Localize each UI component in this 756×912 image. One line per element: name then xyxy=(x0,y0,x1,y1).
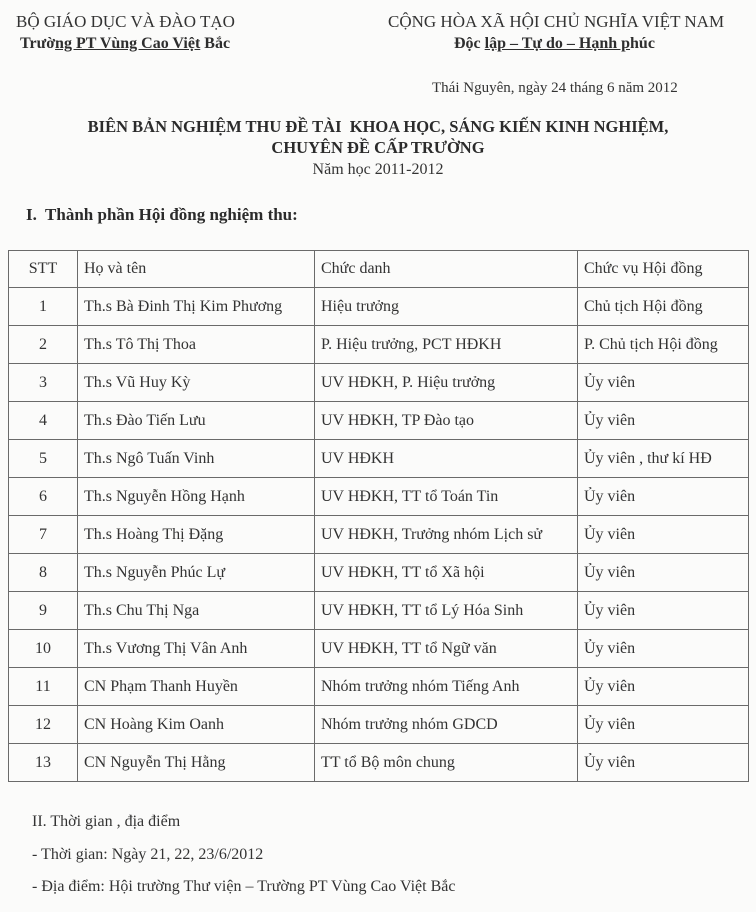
cell-name: Th.s Tô Thị Thoa xyxy=(78,326,315,364)
cell-position: UV HĐKH, TT tổ Toán Tin xyxy=(315,478,578,516)
cell-council-role: Ủy viên xyxy=(578,402,749,440)
school-name-suffix: Bắc xyxy=(200,35,230,52)
cell-council-role: Chủ tịch Hội đồng xyxy=(578,288,749,326)
school-name-prefix: Trườ xyxy=(20,35,55,52)
cell-name: CN Hoàng Kim Oanh xyxy=(78,706,315,744)
cell-position: Nhóm trưởng nhóm GDCD xyxy=(315,706,578,744)
table-row: 3Th.s Vũ Huy KỳUV HĐKH, P. Hiệu trưởngỦy… xyxy=(9,364,749,402)
table-header-row: STT Họ và tên Chức danh Chức vụ Hội đồng xyxy=(9,251,749,288)
motto-underlined: lập – Tự do – Hạnh p xyxy=(485,35,630,52)
table-row: 9Th.s Chu Thị NgaUV HĐKH, TT tổ Lý Hóa S… xyxy=(9,592,749,630)
cell-name: CN Nguyễn Thị Hằng xyxy=(78,744,315,782)
cell-position: TT tổ Bộ môn chung xyxy=(315,744,578,782)
cell-stt: 6 xyxy=(9,478,78,516)
cell-stt: 13 xyxy=(9,744,78,782)
national-title: CỘNG HÒA XÃ HỘI CHỦ NGHĨA VIỆT NAM xyxy=(388,12,756,32)
cell-stt: 11 xyxy=(9,668,78,706)
section-1-heading: I. Thành phần Hội đồng nghiệm thu: xyxy=(26,204,298,226)
cell-position: UV HĐKH, TT tổ Xã hội xyxy=(315,554,578,592)
document-title-line2: CHUYÊN ĐỀ CẤP TRƯỜNG xyxy=(0,137,756,158)
table-row: 5Th.s Ngô Tuấn VinhUV HĐKHỦy viên , thư … xyxy=(9,440,749,478)
cell-council-role: P. Chủ tịch Hội đồng xyxy=(578,326,749,364)
cell-stt: 4 xyxy=(9,402,78,440)
column-header-position: Chức danh xyxy=(315,251,578,288)
table-row: 10Th.s Vương Thị Vân AnhUV HĐKH, TT tổ N… xyxy=(9,630,749,668)
cell-council-role: Ủy viên xyxy=(578,478,749,516)
school-year: Năm học 2011-2012 xyxy=(0,160,756,180)
column-header-name: Họ và tên xyxy=(78,251,315,288)
cell-council-role: Ủy viên xyxy=(578,668,749,706)
council-members-table: STT Họ và tên Chức danh Chức vụ Hội đồng… xyxy=(8,250,749,782)
table-row: 8Th.s Nguyễn Phúc LựUV HĐKH, TT tổ Xã hộ… xyxy=(9,554,749,592)
cell-stt: 12 xyxy=(9,706,78,744)
cell-stt: 7 xyxy=(9,516,78,554)
motto-suffix: húc xyxy=(630,35,655,52)
table-row: 7Th.s Hoàng Thị ĐặngUV HĐKH, Trưởng nhóm… xyxy=(9,516,749,554)
cell-council-role: Ủy viên xyxy=(578,554,749,592)
cell-name: Th.s Nguyễn Phúc Lự xyxy=(78,554,315,592)
cell-position: Nhóm trưởng nhóm Tiếng Anh xyxy=(315,668,578,706)
column-header-stt: STT xyxy=(9,251,78,288)
cell-position: UV HĐKH, Trưởng nhóm Lịch sử xyxy=(315,516,578,554)
meeting-place: - Địa điểm: Hội trường Thư viện – Trường… xyxy=(32,877,455,897)
cell-name: CN Phạm Thanh Huyền xyxy=(78,668,315,706)
cell-council-role: Ủy viên xyxy=(578,364,749,402)
table-row: 13CN Nguyễn Thị HằngTT tổ Bộ môn chungỦy… xyxy=(9,744,749,782)
cell-position: Hiệu trưởng xyxy=(315,288,578,326)
cell-name: Th.s Ngô Tuấn Vinh xyxy=(78,440,315,478)
section-2-heading: II. Thời gian , địa điểm xyxy=(32,812,180,832)
national-motto: Độc lập – Tự do – Hạnh phúc xyxy=(454,34,694,54)
cell-stt: 3 xyxy=(9,364,78,402)
place-date: Thái Nguyên, ngày 24 tháng 6 năm 2012 xyxy=(432,78,752,98)
column-header-council-role: Chức vụ Hội đồng xyxy=(578,251,749,288)
meeting-time: - Thời gian: Ngày 21, 22, 23/6/2012 xyxy=(32,845,263,865)
document-title: BIÊN BẢN NGHIỆM THU ĐỀ TÀI KHOA HỌC, SÁN… xyxy=(0,116,756,158)
cell-council-role: Ủy viên xyxy=(578,630,749,668)
cell-name: Th.s Bà Đinh Thị Kim Phương xyxy=(78,288,315,326)
cell-council-role: Ủy viên xyxy=(578,516,749,554)
school-name-underlined: ng PT Vùng Cao Việt xyxy=(55,35,200,52)
cell-position: UV HĐKH, P. Hiệu trưởng xyxy=(315,364,578,402)
cell-name: Th.s Hoàng Thị Đặng xyxy=(78,516,315,554)
cell-name: Th.s Vũ Huy Kỳ xyxy=(78,364,315,402)
cell-council-role: Ủy viên xyxy=(578,592,749,630)
cell-stt: 8 xyxy=(9,554,78,592)
ministry-name: BỘ GIÁO DỤC VÀ ĐÀO TẠO xyxy=(16,12,256,32)
cell-name: Th.s Vương Thị Vân Anh xyxy=(78,630,315,668)
cell-name: Th.s Chu Thị Nga xyxy=(78,592,315,630)
cell-position: UV HĐKH, TT tổ Lý Hóa Sinh xyxy=(315,592,578,630)
cell-position: UV HĐKH, TT tổ Ngữ văn xyxy=(315,630,578,668)
table-row: 6Th.s Nguyễn Hồng HạnhUV HĐKH, TT tổ Toá… xyxy=(9,478,749,516)
cell-stt: 1 xyxy=(9,288,78,326)
cell-position: UV HĐKH, TP Đào tạo xyxy=(315,402,578,440)
cell-position: UV HĐKH xyxy=(315,440,578,478)
cell-name: Th.s Nguyễn Hồng Hạnh xyxy=(78,478,315,516)
cell-position: P. Hiệu trưởng, PCT HĐKH xyxy=(315,326,578,364)
cell-stt: 2 xyxy=(9,326,78,364)
cell-council-role: Ủy viên , thư kí HĐ xyxy=(578,440,749,478)
cell-council-role: Ủy viên xyxy=(578,744,749,782)
table-row: 4Th.s Đào Tiến LưuUV HĐKH, TP Đào tạoỦy … xyxy=(9,402,749,440)
document-title-line1: BIÊN BẢN NGHIỆM THU ĐỀ TÀI KHOA HỌC, SÁN… xyxy=(0,116,756,137)
table-row: 1Th.s Bà Đinh Thị Kim PhươngHiệu trưởngC… xyxy=(9,288,749,326)
table-row: 11CN Phạm Thanh HuyềnNhóm trưởng nhóm Ti… xyxy=(9,668,749,706)
motto-prefix: Độc xyxy=(454,35,485,52)
table-row: 12CN Hoàng Kim OanhNhóm trưởng nhóm GDCD… xyxy=(9,706,749,744)
cell-council-role: Ủy viên xyxy=(578,706,749,744)
cell-stt: 9 xyxy=(9,592,78,630)
cell-stt: 5 xyxy=(9,440,78,478)
cell-stt: 10 xyxy=(9,630,78,668)
cell-name: Th.s Đào Tiến Lưu xyxy=(78,402,315,440)
school-name: Trường PT Vùng Cao Việt Bắc xyxy=(20,34,260,54)
table-row: 2Th.s Tô Thị ThoaP. Hiệu trưởng, PCT HĐK… xyxy=(9,326,749,364)
